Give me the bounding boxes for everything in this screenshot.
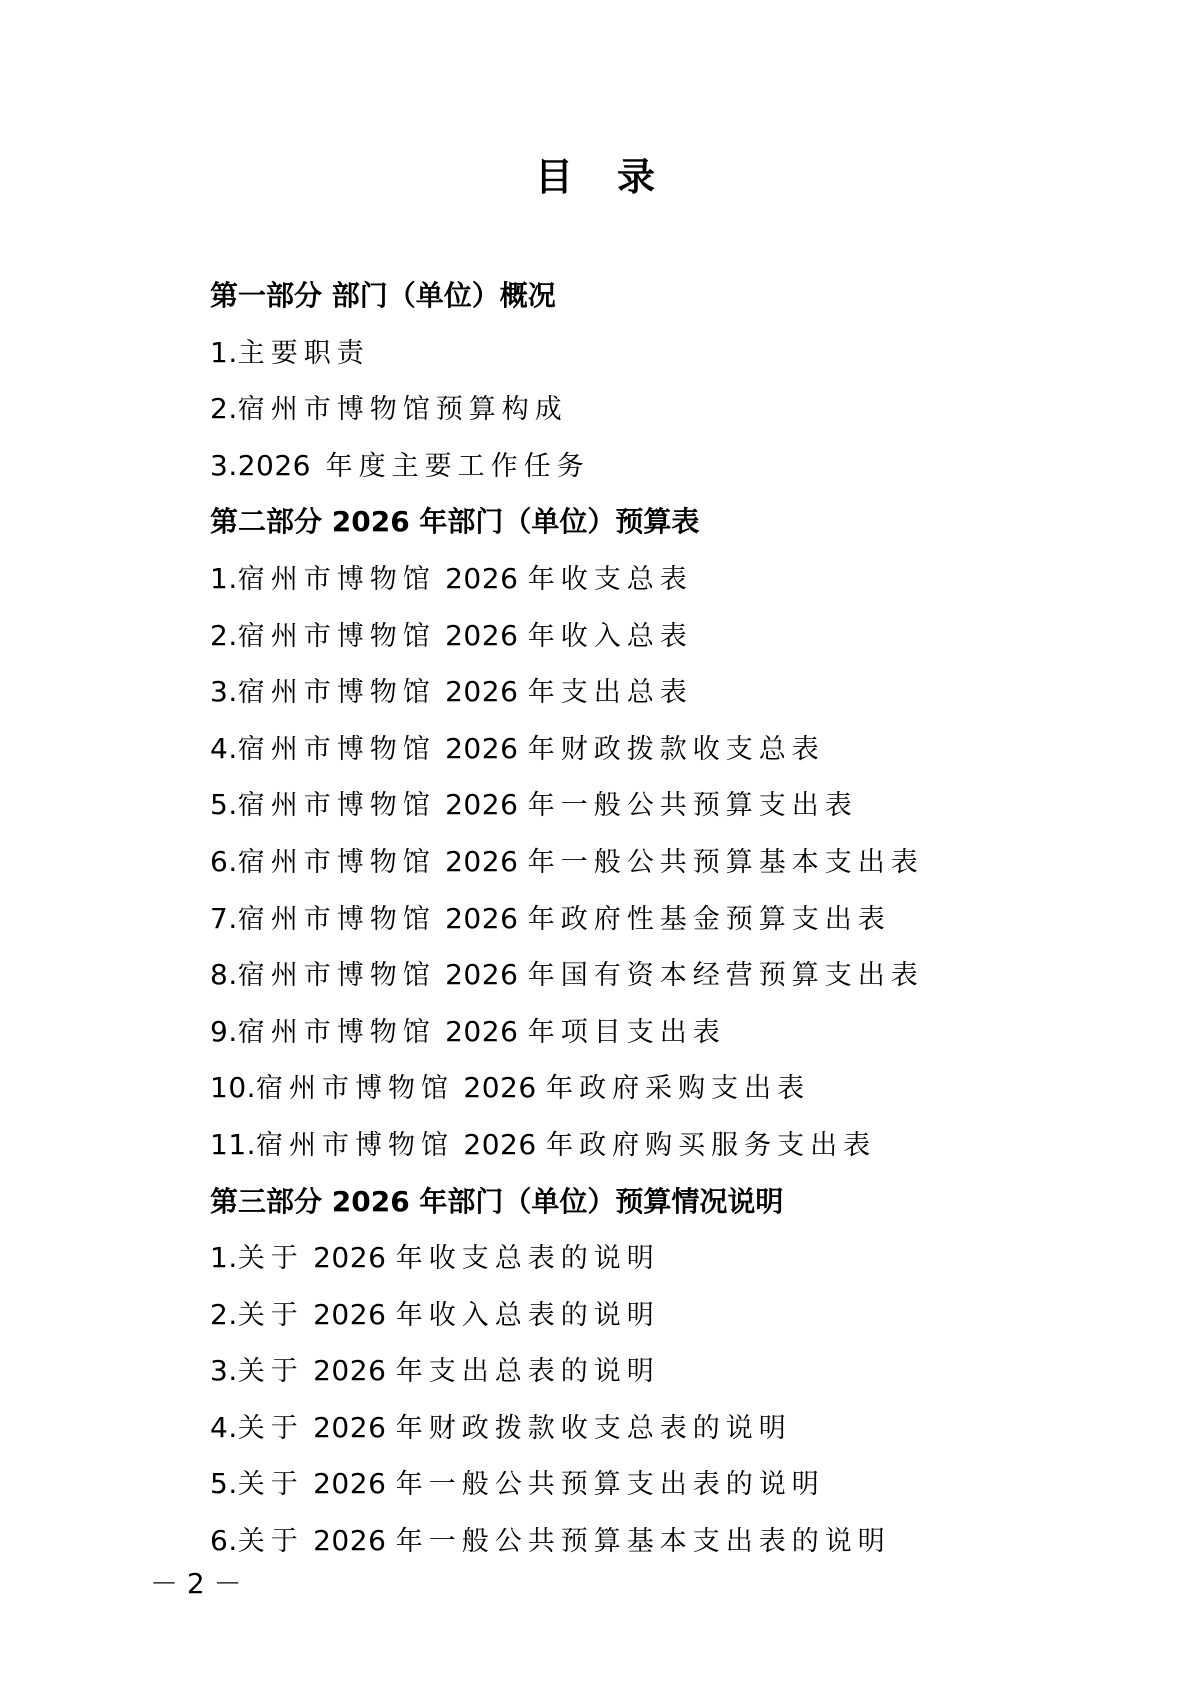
toc-item[interactable]: 3.关于 2026 年支出总表的说明 <box>210 1351 1110 1408</box>
toc-item[interactable]: 2.宿州市博物馆预算构成 <box>210 389 1110 446</box>
toc-section-part2[interactable]: 第二部分 2026 年部门（单位）预算表 <box>210 502 1110 559</box>
toc-item[interactable]: 6.宿州市博物馆 2026 年一般公共预算基本支出表 <box>210 842 1110 899</box>
toc-item[interactable]: 2.关于 2026 年收入总表的说明 <box>210 1295 1110 1352</box>
toc-section-part1[interactable]: 第一部分 部门（单位）概况 <box>210 276 1110 333</box>
toc-item[interactable]: 5.宿州市博物馆 2026 年一般公共预算支出表 <box>210 785 1110 842</box>
toc-item[interactable]: 10.宿州市博物馆 2026 年政府采购支出表 <box>210 1068 1110 1125</box>
toc-item[interactable]: 3.宿州市博物馆 2026 年支出总表 <box>210 672 1110 729</box>
page-number: － 2 － <box>150 1562 242 1602</box>
toc-item[interactable]: 7.宿州市博物馆 2026 年政府性基金预算支出表 <box>210 899 1110 956</box>
toc-item[interactable]: 1.关于 2026 年收支总表的说明 <box>210 1238 1110 1295</box>
toc-item[interactable]: 11.宿州市博物馆 2026 年政府购买服务支出表 <box>210 1125 1110 1182</box>
table-of-contents: 第一部分 部门（单位）概况 1.主要职责 2.宿州市博物馆预算构成 3.2026… <box>210 276 1110 1578</box>
page-title-char-2: 录 <box>617 155 655 199</box>
toc-section-part3[interactable]: 第三部分 2026 年部门（单位）预算情况说明 <box>210 1182 1110 1239</box>
toc-item[interactable]: 4.宿州市博物馆 2026 年财政拨款收支总表 <box>210 729 1110 786</box>
toc-item[interactable]: 9.宿州市博物馆 2026 年项目支出表 <box>210 1012 1110 1069</box>
page-title-char-1: 目 <box>535 155 573 199</box>
toc-item[interactable]: 5.关于 2026 年一般公共预算支出表的说明 <box>210 1464 1110 1521</box>
toc-item[interactable]: 2.宿州市博物馆 2026 年收入总表 <box>210 616 1110 673</box>
toc-item[interactable]: 4.关于 2026 年财政拨款收支总表的说明 <box>210 1408 1110 1465</box>
toc-item[interactable]: 6.关于 2026 年一般公共预算基本支出表的说明 <box>210 1521 1110 1578</box>
toc-item[interactable]: 1.宿州市博物馆 2026 年收支总表 <box>210 559 1110 616</box>
toc-item[interactable]: 1.主要职责 <box>210 333 1110 390</box>
page-title: 目录 <box>0 146 1190 201</box>
toc-item[interactable]: 8.宿州市博物馆 2026 年国有资本经营预算支出表 <box>210 955 1110 1012</box>
toc-item[interactable]: 3.2026 年度主要工作任务 <box>210 446 1110 503</box>
